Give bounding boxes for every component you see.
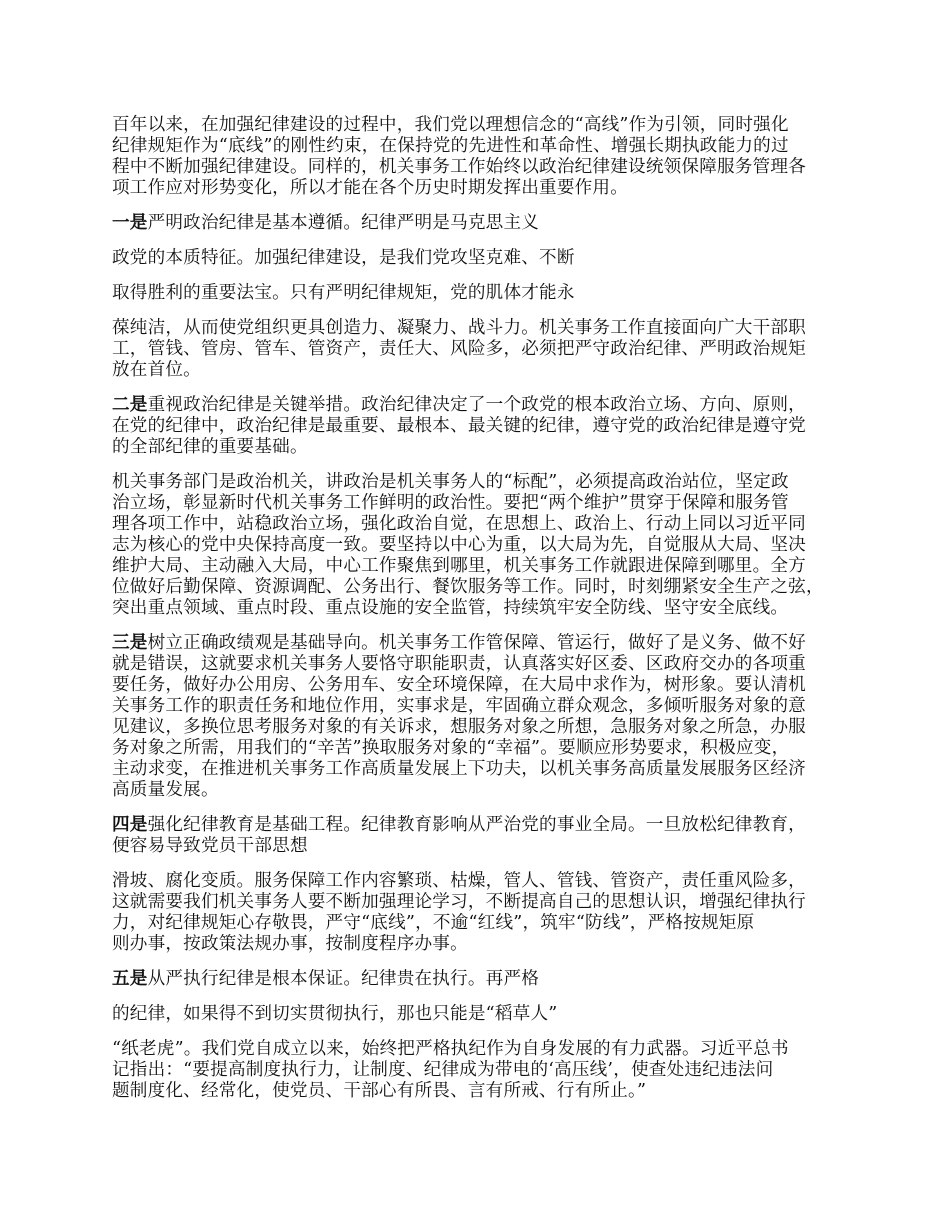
paragraph-point-two: 二是重视政治纪律是关键举措。政治纪律决定了一个政党的根本政治立场、方向、原则， …	[112, 395, 847, 458]
paragraph-point-five: 五是从严执行纪律是根本保证。纪律贵在执行。再严格	[112, 969, 847, 990]
point-text: 树立正确政绩观是基础导向。机关事务工作管保障、管运行，做好了是义务、做不好	[148, 633, 806, 653]
text-line: 主动求变，在推进机关事务工作高质量发展上下功夫，以机关事务高质量发展服务区经济	[112, 759, 847, 780]
text-line: 工，管钱、管房、管车、管资产，责任大、风险多，必须把严守政治纪律、严明政治规矩	[112, 339, 847, 360]
text-line: 葆纯洁，从而使党组织更具创造力、凝聚力、战斗力。机关事务工作直接面向广大干部职	[112, 318, 847, 339]
paragraph: 机关事务部门是政治机关，讲政治是机关事务人的“标配”，必须提高政治站位，坚定政 …	[112, 472, 847, 619]
text-line: 志为核心的党中央保持高度一致。要坚持以中心为重，以大局为先，自觉服从大局、坚决	[112, 535, 847, 556]
text-line: 高质量发展。	[112, 780, 847, 801]
paragraph: 滑坡、腐化变质。服务保障工作内容繁琐、枯燥，管人、管钱、管资产，责任重风险多， …	[112, 871, 847, 955]
text-line: 在党的纪律中，政治纪律是最重要、最根本、最关键的纪律，遵守党的政治纪律是遵守党	[112, 416, 847, 437]
text-line: 政党的本质特征。加强纪律建设，是我们党攻坚克难、不断	[112, 248, 847, 269]
text-line: 突出重点领域、重点时段、重点设施的安全监管，持续筑牢安全防线、坚守安全底线。	[112, 598, 847, 619]
paragraph-point-three: 三是树立正确政绩观是基础导向。机关事务工作管保障、管运行，做好了是义务、做不好 …	[112, 633, 847, 801]
text-line: 放在首位。	[112, 360, 847, 381]
paragraph: 葆纯洁，从而使党组织更具创造力、凝聚力、战斗力。机关事务工作直接面向广大干部职 …	[112, 318, 847, 381]
text-line: 位做好后勤保障、资源调配、公务出行、餐饮服务等工作。同时，时刻绷紧安全生产之弦，	[112, 577, 847, 598]
text-line: 见建议，多换位思考服务对象的有关诉求，想服务对象之所想，急服务对象之所急，办服	[112, 717, 847, 738]
paragraph: “纸老虎”。我们党自成立以来，始终把严格执纪作为自身发展的有力武器。习近平总书 …	[112, 1039, 847, 1102]
point-label: 四是	[112, 815, 148, 835]
point-text: 严明政治纪律是基本遵循。纪律严明是马克思主义	[148, 213, 539, 233]
text-line: 纪律规矩作为“底线”的刚性约束，在保持党的先进性和革命性、增强长期执政能力的过	[112, 136, 847, 157]
text-line: “纸老虎”。我们党自成立以来，始终把严格执纪作为自身发展的有力武器。习近平总书	[112, 1039, 847, 1060]
text-line: 滑坡、腐化变质。服务保障工作内容繁琐、枯燥，管人、管钱、管资产，责任重风险多，	[112, 871, 847, 892]
text-line: 治立场，彰显新时代机关事务工作鲜明的政治性。要把“两个维护”贯穿于保障和服务管	[112, 493, 847, 514]
text-line: 取得胜利的重要法宝。只有严明纪律规矩，党的肌体才能永	[112, 283, 847, 304]
text-line: 百年以来，在加强纪律建设的过程中，我们党以理想信念的“高线”作为引领，同时强化	[112, 115, 847, 136]
text-line: 机关事务部门是政治机关，讲政治是机关事务人的“标配”，必须提高政治站位，坚定政	[112, 472, 847, 493]
text-line: 关事务工作的职责任务和地位作用，实事求是，牢固确立群众观念，多倾听服务对象的意	[112, 696, 847, 717]
paragraph-point-one: 一是严明政治纪律是基本遵循。纪律严明是马克思主义	[112, 213, 847, 234]
text-line: 理各项工作中，站稳政治立场，强化政治自觉，在思想上、政治上、行动上同以习近平同	[112, 514, 847, 535]
text-line: 项工作应对形势变化，所以才能在各个历史时期发挥出重要作用。	[112, 178, 847, 199]
text-line: 四是强化纪律教育是基础工程。纪律教育影响从严治党的事业全局。一旦放松纪律教育，	[112, 815, 847, 836]
point-text: 强化纪律教育是基础工程。纪律教育影响从严治党的事业全局。一旦放松纪律教育，	[148, 815, 806, 835]
text-line: 记指出：“要提高制度执行力，让制度、纪律成为带电的‘高压线’，使查处违纪违法问	[112, 1060, 847, 1081]
paragraph-intro: 百年以来，在加强纪律建设的过程中，我们党以理想信念的“高线”作为引领，同时强化 …	[112, 115, 847, 199]
text-line: 的纪律，如果得不到切实贯彻执行，那也只能是“稻草人”	[112, 1004, 847, 1025]
text-line: 程中不断加强纪律建设。同样的，机关事务工作始终以政治纪律建设统领保障服务管理各	[112, 157, 847, 178]
text-line: 五是从严执行纪律是根本保证。纪律贵在执行。再严格	[112, 969, 847, 990]
point-text: 从严执行纪律是根本保证。纪律贵在执行。再严格	[148, 969, 539, 989]
text-line: 力，对纪律规矩心存敬畏，严守“底线”，不逾“红线”，筑牢“防线”，严格按规矩原	[112, 913, 847, 934]
text-line: 三是树立正确政绩观是基础导向。机关事务工作管保障、管运行，做好了是义务、做不好	[112, 633, 847, 654]
point-text: 重视政治纪律是关键举措。政治纪律决定了一个政党的根本政治立场、方向、原则，	[148, 395, 806, 415]
paragraph: 的纪律，如果得不到切实贯彻执行，那也只能是“稻草人”	[112, 1004, 847, 1025]
point-label: 一是	[112, 213, 148, 233]
text-line: 则办事，按政策法规办事，按制度程序办事。	[112, 934, 847, 955]
paragraph: 取得胜利的重要法宝。只有严明纪律规矩，党的肌体才能永	[112, 283, 847, 304]
paragraph: 政党的本质特征。加强纪律建设，是我们党攻坚克难、不断	[112, 248, 847, 269]
point-label: 二是	[112, 395, 148, 415]
text-line: 这就需要我们机关事务人要不断加强理论学习，不断提高自己的思想认识，增强纪律执行	[112, 892, 847, 913]
text-line: 就是错误，这就要求机关事务人要恪守职能职责，认真落实好区委、区政府交办的各项重	[112, 654, 847, 675]
paragraph-point-four: 四是强化纪律教育是基础工程。纪律教育影响从严治党的事业全局。一旦放松纪律教育， …	[112, 815, 847, 857]
text-line: 要任务，做好办公用房、公务用车、安全环境保障，在大局中求作为，树形象。要认清机	[112, 675, 847, 696]
document-page: 百年以来，在加强纪律建设的过程中，我们党以理想信念的“高线”作为引领，同时强化 …	[112, 115, 847, 1116]
text-line: 务对象之所需，用我们的“辛苦”换取服务对象的“幸福”。要顺应形势要求，积极应变，	[112, 738, 847, 759]
text-line: 题制度化、经常化，使党员、干部心有所畏、言有所戒、行有所止。”	[112, 1081, 847, 1102]
text-line: 维护大局、主动融入大局，中心工作聚焦到哪里，机关事务工作就跟进保障到哪里。全方	[112, 556, 847, 577]
text-line: 二是重视政治纪律是关键举措。政治纪律决定了一个政党的根本政治立场、方向、原则，	[112, 395, 847, 416]
text-line: 的全部纪律的重要基础。	[112, 437, 847, 458]
text-line: 一是严明政治纪律是基本遵循。纪律严明是马克思主义	[112, 213, 847, 234]
point-label: 五是	[112, 969, 148, 989]
text-line: 便容易导致党员干部思想	[112, 836, 847, 857]
point-label: 三是	[112, 633, 148, 653]
